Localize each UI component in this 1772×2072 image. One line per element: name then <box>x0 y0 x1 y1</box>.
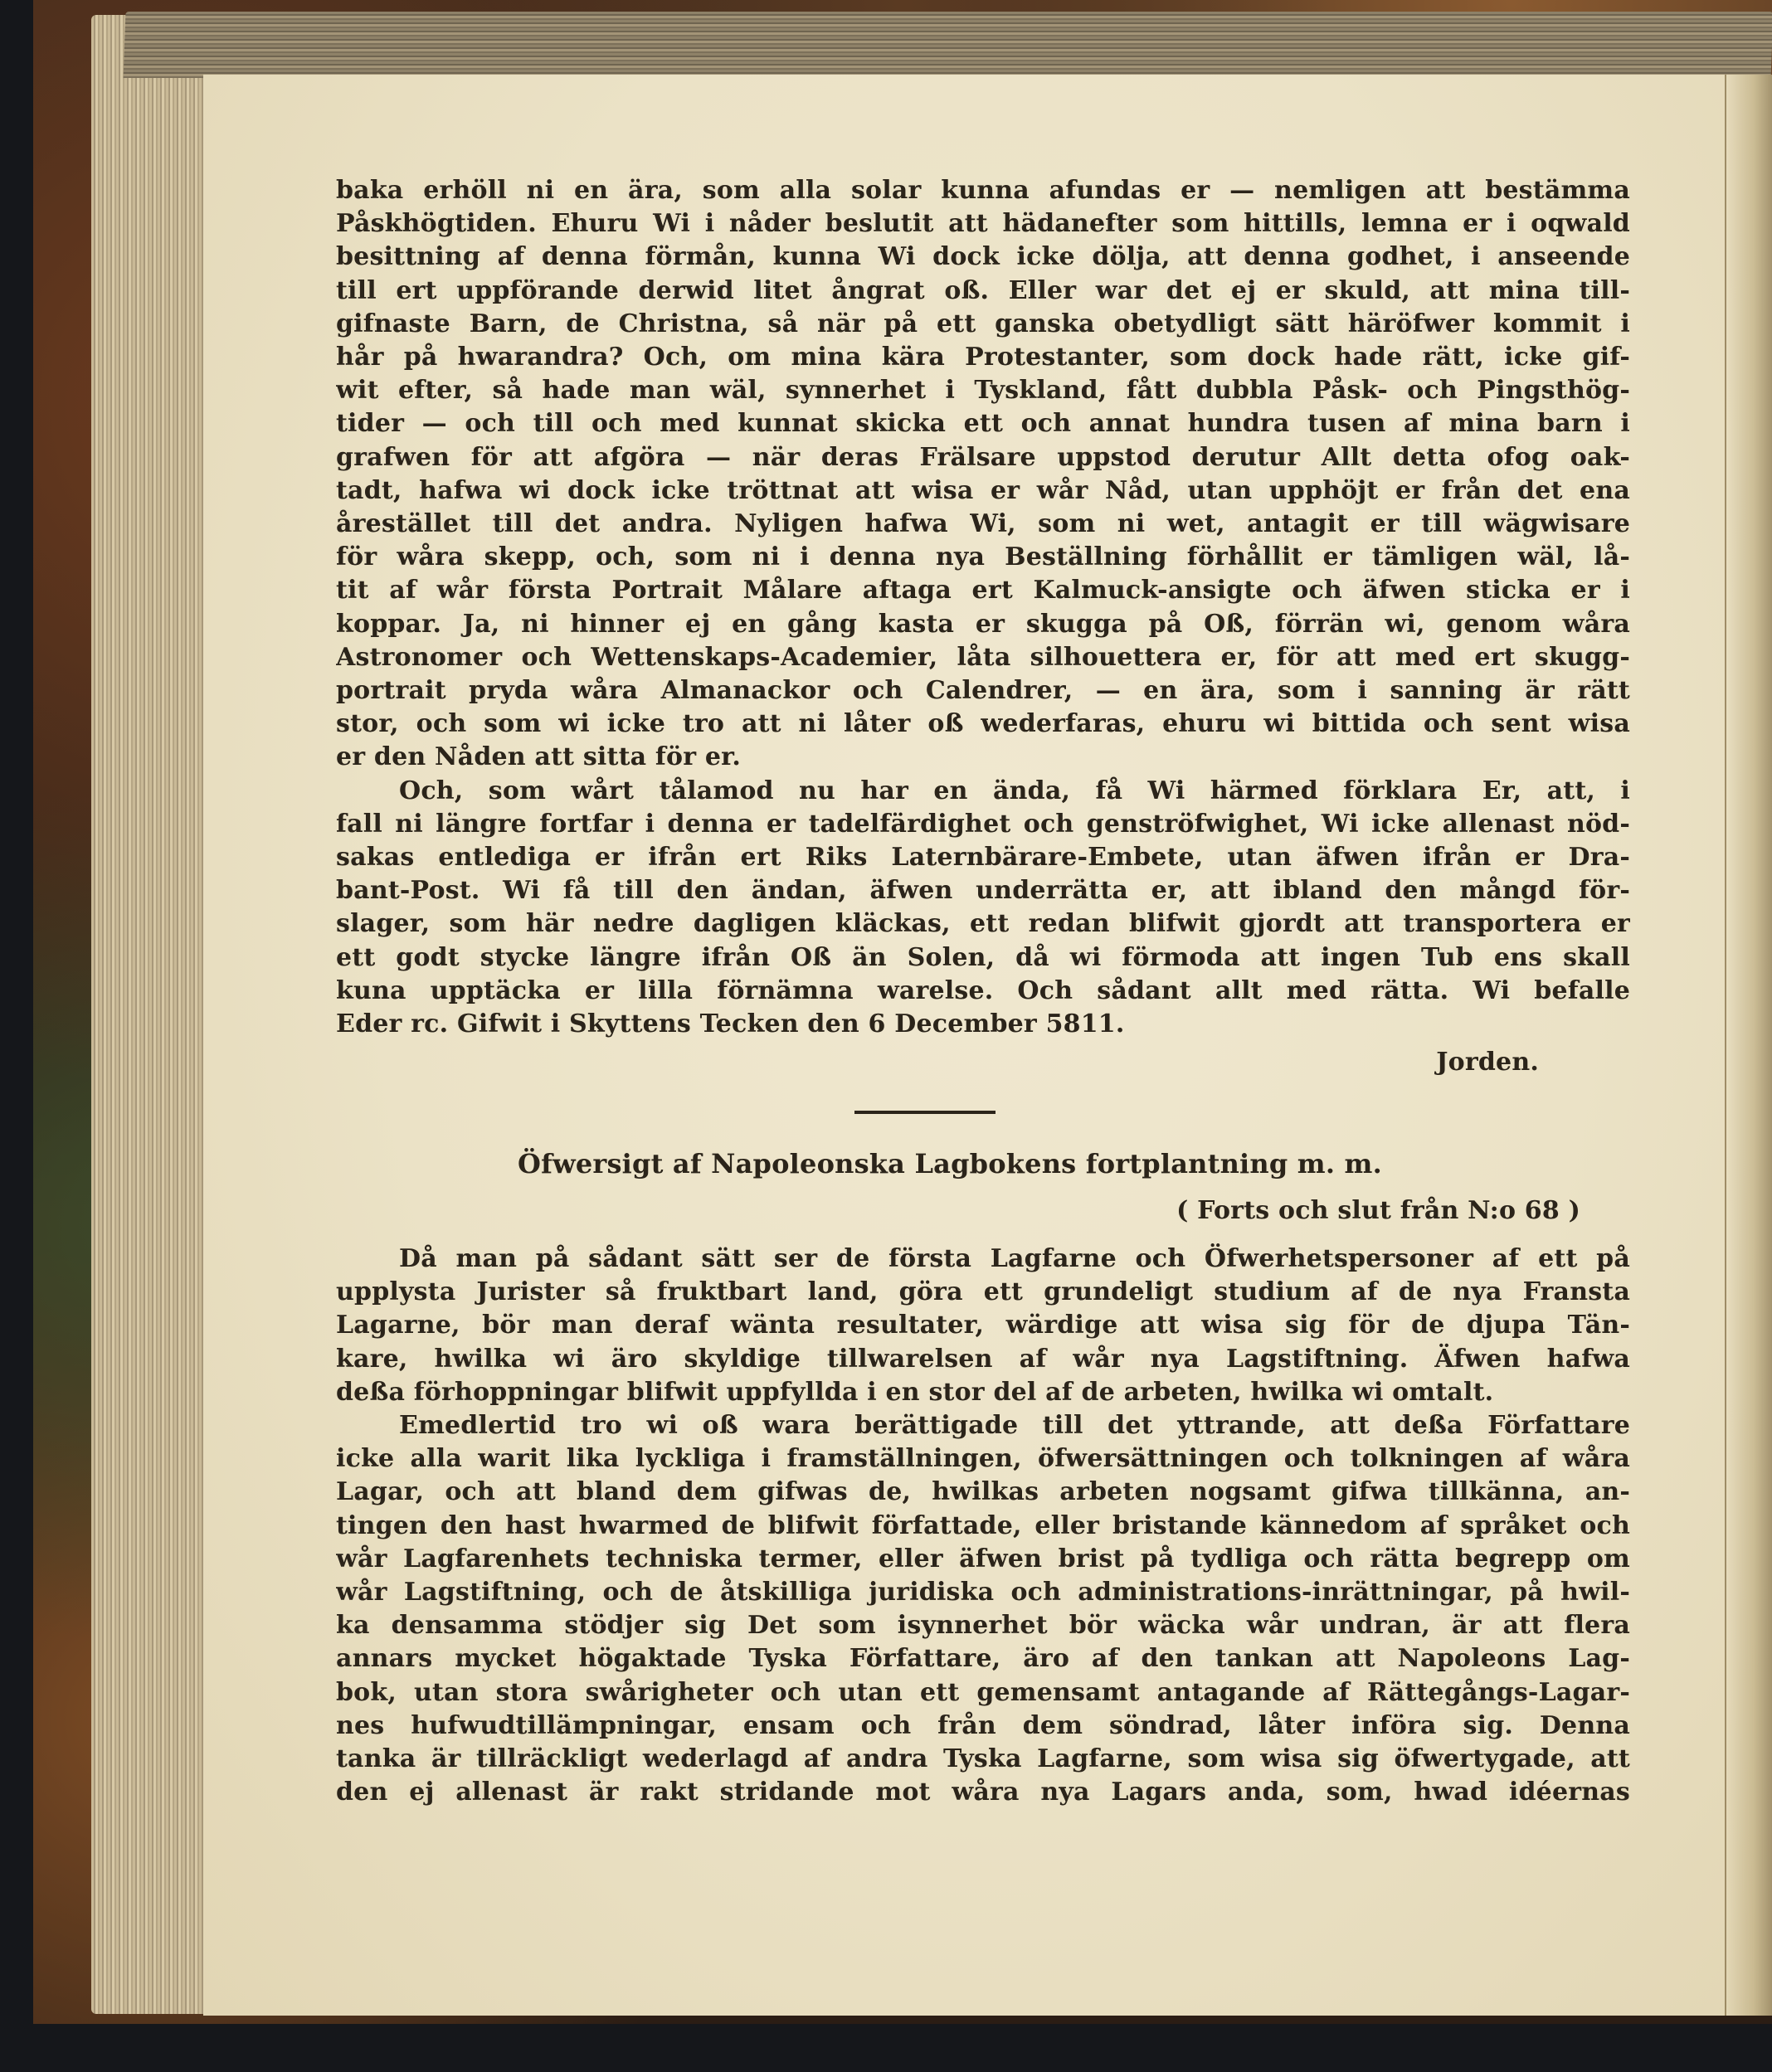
article-paragraph-2: Emedlertid tro wi oß wara berättigade ti… <box>336 1409 1630 1809</box>
book-page: baka erhöll ni en ära, som alla solar ku… <box>203 75 1772 2016</box>
text-line: Astronomer och Wettenskaps-Academier, lå… <box>336 641 1630 674</box>
text-line: till ert uppförande derwid litet ångrat … <box>336 275 1630 308</box>
text-line: Eder rc. Gifwit i Skyttens Tecken den 6 … <box>336 1008 1630 1041</box>
text-line: bok, utan stora swårigheter och utan ett… <box>336 1676 1630 1710</box>
letter-paragraph-1: baka erhöll ni en ära, som alla solar ku… <box>336 174 1630 775</box>
text-line: för wåra skepp, och, som ni i denna nya … <box>336 541 1630 574</box>
continued-from-note: ( Forts och slut från N:o 68 ) <box>336 1194 1630 1228</box>
text-line: Och, som wårt tålamod nu har en ända, få… <box>336 775 1630 808</box>
text-line: fall ni längre fortfar i denna er tadelf… <box>336 808 1630 841</box>
text-line: annars mycket högaktade Tyska Författare… <box>336 1642 1630 1676</box>
text-line: tadt, hafwa wi dock icke tröttnat att wi… <box>336 474 1630 508</box>
text-line: deßa förhoppningar blifwit uppfyllda i e… <box>336 1376 1630 1409</box>
text-line: ka densamma stödjer sig Det som isynnerh… <box>336 1609 1630 1642</box>
article-paragraph-1: Då man på sådant sätt ser de första Lagf… <box>336 1243 1630 1409</box>
text-line: er den Nåden att sitta för er. <box>336 741 1630 774</box>
page-gutter-shadow <box>1725 75 1772 2016</box>
text-line: nes hufwudtillämpningar, ensam och från … <box>336 1710 1630 1743</box>
text-line: den ej allenast är rakt stridande mot wå… <box>336 1776 1630 1809</box>
text-line: ett godt stycke längre ifrån Oß än Solen… <box>336 941 1630 975</box>
text-line: koppar. Ja, ni hinner ej en gång kasta e… <box>336 608 1630 641</box>
text-line: wit efter, så hade man wäl, synnerhet i … <box>336 374 1630 407</box>
text-line: besittning af denna förmån, kunna Wi doc… <box>336 241 1630 274</box>
letter-signature: Jorden. <box>336 1046 1630 1079</box>
article-title: Öfwersigt af Napoleonska Lagbokens fortp… <box>303 1147 1597 1180</box>
text-line: grafwen för att afgöra — när deras Fräls… <box>336 441 1630 474</box>
text-line: sakas entlediga er ifrån ert Riks Latern… <box>336 841 1630 874</box>
text-line: tingen den hast hwarmed de blifwit förfa… <box>336 1510 1630 1543</box>
text-line: baka erhöll ni en ära, som alla solar ku… <box>336 174 1630 207</box>
text-line: tanka är tillräckligt wederlagd af andra… <box>336 1743 1630 1776</box>
text-line: icke alla warit lika lyckliga i framstäl… <box>336 1442 1630 1476</box>
text-line: portrait pryda wåra Almanackor och Calen… <box>336 674 1630 708</box>
text-line: tider — och till och med kunnat skicka e… <box>336 407 1630 440</box>
text-line: upplysta Jurister så fruktbart land, gör… <box>336 1276 1630 1309</box>
section-divider-rule <box>854 1111 996 1114</box>
page-stack-left-edge <box>91 15 207 2014</box>
text-line: Då man på sådant sätt ser de första Lagf… <box>336 1243 1630 1276</box>
text-line: kuna upptäcka er lilla förnämna warelse.… <box>336 975 1630 1008</box>
page-text-block: baka erhöll ni en ära, som alla solar ku… <box>336 174 1630 1809</box>
text-line: wår Lagstiftning, och de åtskilliga juri… <box>336 1576 1630 1609</box>
letter-paragraph-2: Och, som wårt tålamod nu har en ända, få… <box>336 775 1630 1042</box>
page-stack-top-edge <box>124 12 1772 78</box>
text-line: wår Lagfarenhets techniska termer, eller… <box>336 1543 1630 1576</box>
text-line: gifnaste Barn, de Christna, så när på et… <box>336 308 1630 341</box>
text-line: Lagar, och att bland dem gifwas de, hwil… <box>336 1476 1630 1509</box>
text-line: hår på hwarandra? Och, om mina kära Prot… <box>336 341 1630 374</box>
text-line: stor, och som wi icke tro att ni låter o… <box>336 708 1630 741</box>
text-line: tit af wår första Portrait Målare aftaga… <box>336 574 1630 607</box>
text-line: Påskhögtiden. Ehuru Wi i nåder beslutit … <box>336 207 1630 241</box>
text-line: årestället till det andra. Nyligen hafwa… <box>336 508 1630 541</box>
text-line: Lagarne, bör man deraf wänta resultater,… <box>336 1309 1630 1342</box>
text-line: Emedlertid tro wi oß wara berättigade ti… <box>336 1409 1630 1442</box>
text-line: bant-Post. Wi få till den ändan, äfwen u… <box>336 874 1630 907</box>
text-line: slager, som här nedre dagligen kläckas, … <box>336 907 1630 941</box>
text-line: kare, hwilka wi äro skyldige tillwarelse… <box>336 1343 1630 1376</box>
